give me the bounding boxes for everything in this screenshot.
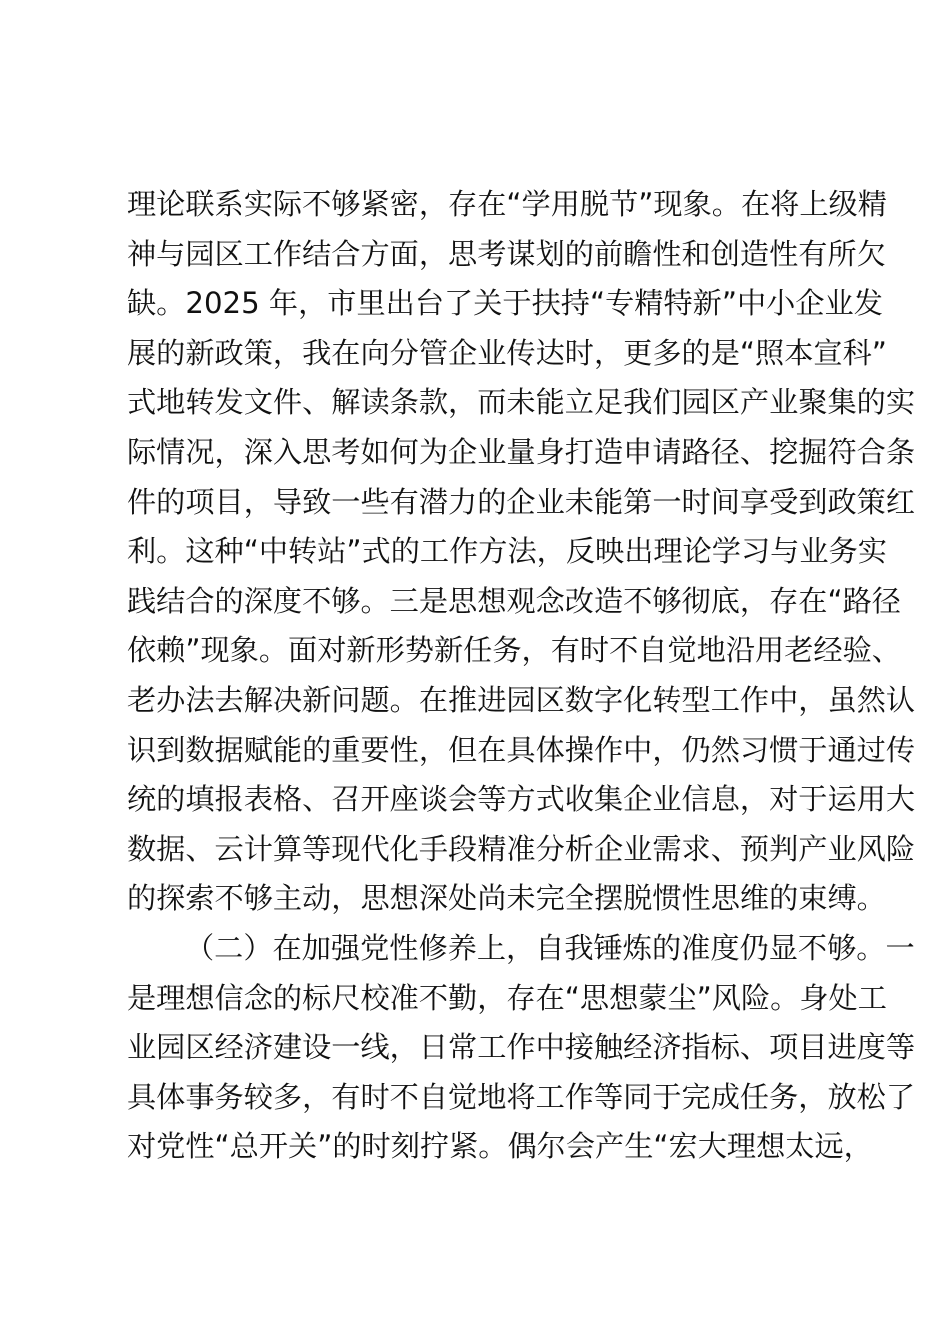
text-line: 是理想信念的标尺校准不勤，存在“思想蒙尘”风险。身处工 — [127, 974, 829, 1024]
text-line: 缺。2025 年，市里出台了关于扶持“专精特新”中小企业发 — [127, 279, 829, 329]
paragraph-1: 理论联系实际不够紧密，存在“学用脱节”现象。在将上级精 神与园区工作结合方面，思… — [127, 180, 829, 924]
text-line: 际情况，深入思考如何为企业量身打造申请路径、挖掘符合条 — [127, 428, 829, 478]
section-heading-line: （二）在加强党性修养上，自我锤炼的准度仍显不够。一 — [127, 924, 829, 974]
text-line: 识到数据赋能的重要性，但在具体操作中，仍然习惯于通过传 — [127, 726, 829, 776]
text-line: 理论联系实际不够紧密，存在“学用脱节”现象。在将上级精 — [127, 180, 829, 230]
text-line: 老办法去解决新问题。在推进园区数字化转型工作中，虽然认 — [127, 676, 829, 726]
text-line: 依赖”现象。面对新形势新任务，有时不自觉地沿用老经验、 — [127, 626, 829, 676]
text-line: 利。这种“中转站”式的工作方法，反映出理论学习与业务实 — [127, 527, 829, 577]
text-line: 数据、云计算等现代化手段精准分析企业需求、预判产业风险 — [127, 825, 829, 875]
text-line: 具体事务较多，有时不自觉地将工作等同于完成任务，放松了 — [127, 1073, 829, 1123]
document-page: 理论联系实际不够紧密，存在“学用脱节”现象。在将上级精 神与园区工作结合方面，思… — [0, 0, 950, 1344]
text-line: 的探索不够主动，思想深处尚未完全摆脱惯性思维的束缚。 — [127, 874, 829, 924]
text-line: 式地转发文件、解读条款，而未能立足我们园区产业聚集的实 — [127, 378, 829, 428]
document-body: 理论联系实际不够紧密，存在“学用脱节”现象。在将上级精 神与园区工作结合方面，思… — [127, 180, 829, 1172]
text-line: 业园区经济建设一线，日常工作中接触经济指标、项目进度等 — [127, 1023, 829, 1073]
text-line: 对党性“总开关”的时刻拧紧。偶尔会产生“宏大理想太远， — [127, 1122, 829, 1172]
paragraph-2: （二）在加强党性修养上，自我锤炼的准度仍显不够。一 是理想信念的标尺校准不勤，存… — [127, 924, 829, 1172]
text-line: 展的新政策，我在向分管企业传达时，更多的是“照本宣科” — [127, 329, 829, 379]
text-line: 践结合的深度不够。三是思想观念改造不够彻底，存在“路径 — [127, 577, 829, 627]
text-line: 神与园区工作结合方面，思考谋划的前瞻性和创造性有所欠 — [127, 230, 829, 280]
text-line: 统的填报表格、召开座谈会等方式收集企业信息，对于运用大 — [127, 775, 829, 825]
text-line: 件的项目，导致一些有潜力的企业未能第一时间享受到政策红 — [127, 478, 829, 528]
